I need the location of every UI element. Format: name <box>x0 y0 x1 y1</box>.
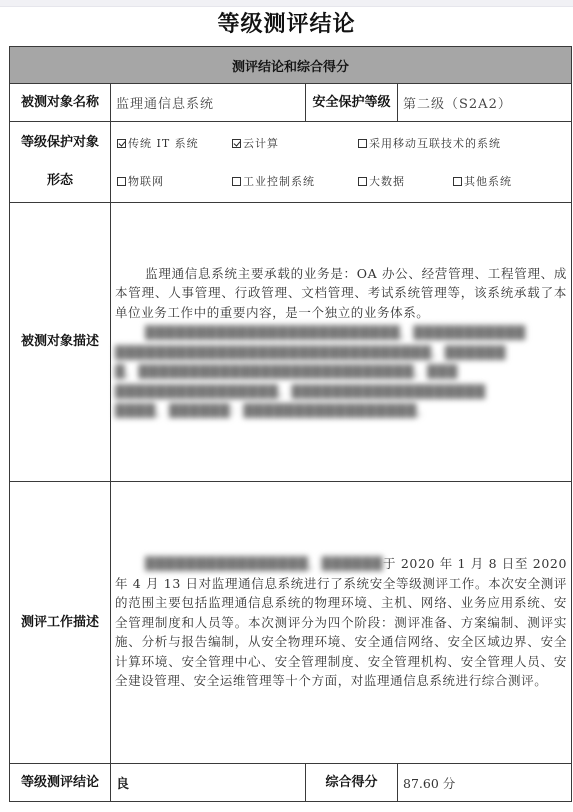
form-option-cloud[interactable]: 云计算 <box>232 135 358 151</box>
score-label: 综合得分 <box>306 764 398 802</box>
top-strip <box>0 0 573 7</box>
object-description-text: 监理通信息系统主要承载的业务是：OA 办公、经营管理、工程管理、成本管理、人事管… <box>115 266 567 320</box>
object-form-options: 传统 IT 系统 云计算 采用移动互联技术的系统 物联网 工业控制系统 大数据 <box>111 122 572 203</box>
object-name-value: 监理通信息系统 <box>111 84 306 122</box>
conclusion-value: 良 <box>111 764 306 802</box>
protection-level-value: 第二级（S2A2） <box>398 84 572 122</box>
work-description-blurred-prefix: ████████████████，██████ <box>145 556 383 571</box>
object-description-label: 被测对象描述 <box>10 203 111 482</box>
object-form-row: 等级保护对象 形态 传统 IT 系统 云计算 采用移动互联技术的系统 物联网 工… <box>10 122 572 203</box>
work-description-text: 于 2020 年 1 月 8 日至 2020 年 4 月 13 日对监理通信息系… <box>115 556 567 688</box>
form-option-label: 大数据 <box>369 175 405 188</box>
form-option-label: 采用移动互联技术的系统 <box>369 137 501 150</box>
object-form-label-line1: 等级保护对象 <box>10 124 110 162</box>
table-header: 测评结论和综合得分 <box>10 47 572 84</box>
object-description-paragraph: 监理通信息系统主要承载的业务是：OA 办公、经营管理、工程管理、成本管理、人事管… <box>111 264 571 323</box>
object-form-label-line2: 形态 <box>10 162 110 200</box>
score-value: 87.60 分 <box>398 764 572 802</box>
form-option-big-data[interactable]: 大数据 <box>358 173 453 189</box>
form-option-mobile-internet[interactable]: 采用移动互联技术的系统 <box>358 135 573 151</box>
object-name-row: 被测对象名称 监理通信息系统 安全保护等级 第二级（S2A2） <box>10 84 572 122</box>
object-name-label: 被测对象名称 <box>10 84 111 122</box>
checkbox-unchecked-icon[interactable] <box>232 177 241 186</box>
checkbox-checked-icon[interactable] <box>117 139 126 148</box>
document-title: 等级测评结论 <box>0 10 573 40</box>
protection-level-label: 安全保护等级 <box>306 84 398 122</box>
checkbox-unchecked-icon[interactable] <box>453 177 462 186</box>
evaluation-conclusion-table: 测评结论和综合得分 被测对象名称 监理通信息系统 安全保护等级 第二级（S2A2… <box>9 46 572 802</box>
checkbox-checked-icon[interactable] <box>232 139 241 148</box>
checkbox-unchecked-icon[interactable] <box>117 177 126 186</box>
form-option-other[interactable]: 其他系统 <box>453 173 573 189</box>
form-option-industrial-control[interactable]: 工业控制系统 <box>232 173 358 189</box>
header-row: 测评结论和综合得分 <box>10 47 572 84</box>
work-description-row: 测评工作描述 ████████████████，██████于 2020 年 1… <box>10 482 572 764</box>
object-description-content: 监理通信息系统主要承载的业务是：OA 办公、经营管理、工程管理、成本管理、人事管… <box>111 203 572 482</box>
form-option-traditional-it[interactable]: 传统 IT 系统 <box>117 135 232 151</box>
work-description-label: 测评工作描述 <box>10 482 111 764</box>
work-description-paragraph: ████████████████，██████于 2020 年 1 月 8 日至… <box>111 554 571 691</box>
object-description-row: 被测对象描述 监理通信息系统主要承载的业务是：OA 办公、经营管理、工程管理、成… <box>10 203 572 482</box>
form-option-label: 其他系统 <box>464 175 512 188</box>
checkbox-unchecked-icon[interactable] <box>358 177 367 186</box>
conclusion-label: 等级测评结论 <box>10 764 111 802</box>
form-option-label: 工业控制系统 <box>243 175 315 188</box>
object-description-blurred: █████████████████████████，███████████ ██… <box>111 323 571 421</box>
checkbox-unchecked-icon[interactable] <box>358 139 367 148</box>
form-option-iot[interactable]: 物联网 <box>117 173 232 189</box>
form-option-label: 云计算 <box>243 137 279 150</box>
conclusion-row: 等级测评结论 良 综合得分 87.60 分 <box>10 764 572 802</box>
form-option-label: 传统 IT 系统 <box>128 137 199 150</box>
work-description-content: ████████████████，██████于 2020 年 1 月 8 日至… <box>111 482 572 764</box>
object-form-label: 等级保护对象 形态 <box>10 122 111 203</box>
form-option-label: 物联网 <box>128 175 164 188</box>
